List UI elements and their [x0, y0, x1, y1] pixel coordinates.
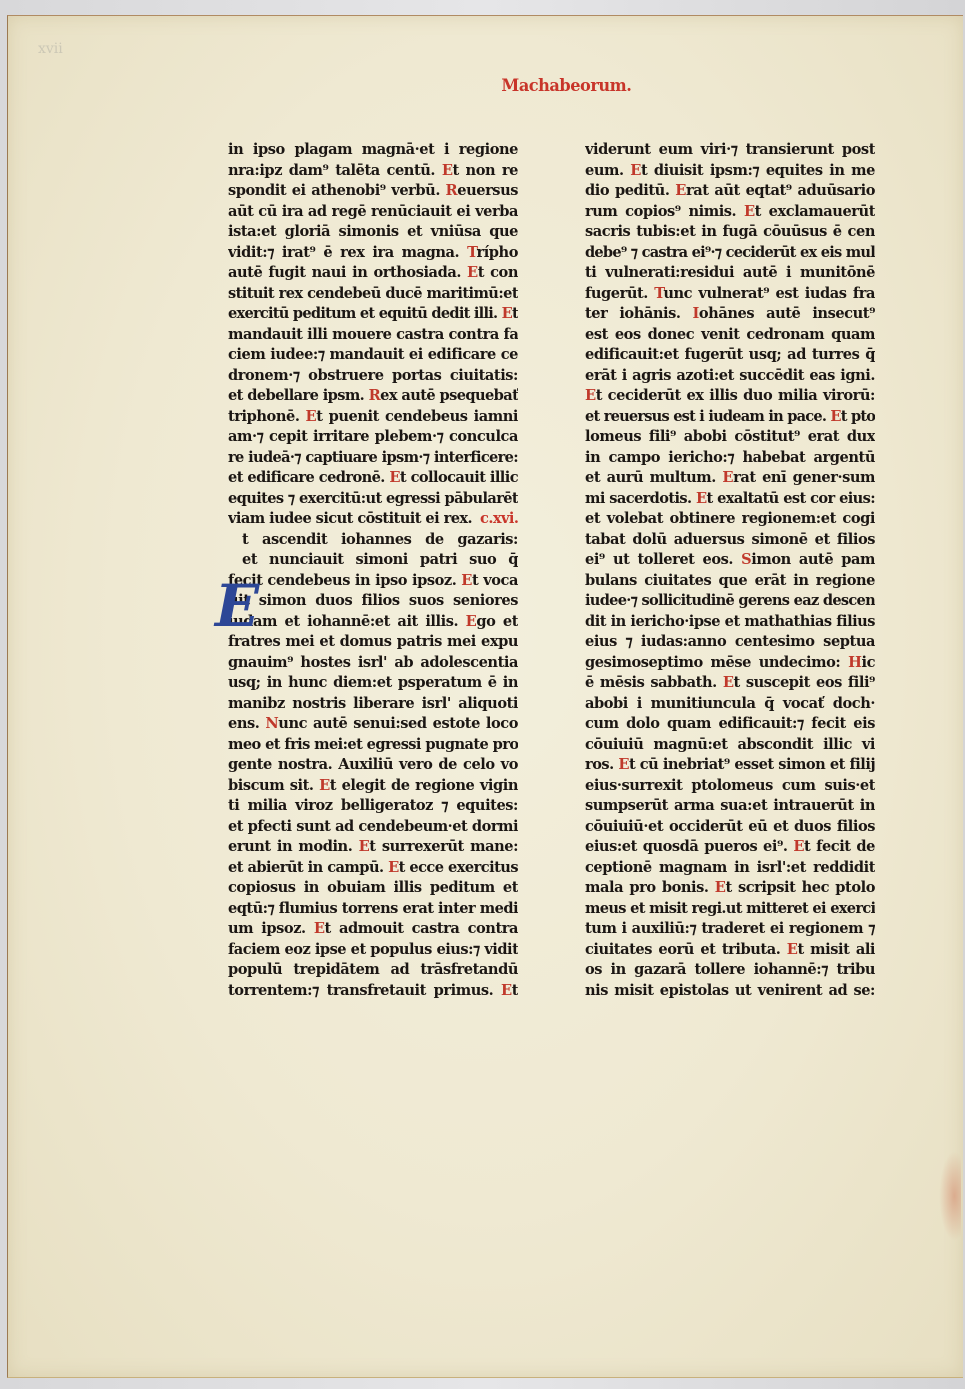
text-line: in campo iericho:⁊ habebat argentū [585, 448, 875, 469]
text-line: sumpserūt arma sua:et intrauerūt in [585, 796, 875, 817]
text-line: et volebat obtinere regionem:et cogi [585, 509, 875, 530]
text-line: meus et misit regi.ut mitteret ei exerci [585, 899, 875, 920]
rubricated-capital: E [793, 838, 804, 855]
text-line: manibz nostris liberare isrl' aliquoti [228, 694, 518, 715]
rubricated-capital: E [502, 305, 512, 322]
text-line: iudee·⁊ sollicitudinē gerens eaz descen [585, 591, 875, 612]
text-line: am·⁊ cepit irritare plebem·⁊ conculca [228, 427, 518, 448]
text-line: edificauit:et fugerūt usq; ad turres q̄ [585, 345, 875, 366]
text-line: aūt cū ira ad regē renūciauit ei verba [228, 202, 518, 223]
text-line: dit in iericho·ipse et mathathias filius [585, 612, 875, 633]
text-line: viderunt eum viri·⁊ transierunt post [585, 140, 875, 161]
text-line: dio peditū. Erat aūt eqtat⁹ aduūsario [585, 181, 875, 202]
text-line: t ascendit iohannes de gazaris: [228, 530, 518, 551]
text-line: ciem iudee:⁊ mandauit ei edificare ce [228, 345, 518, 366]
text-line: cum dolo quam edificauit:⁊ fecit eis [585, 714, 875, 735]
text-line: iudam et iohannē:et ait illis. Ego et [228, 612, 518, 633]
text-line: os in gazarā tollere iohannē:⁊ tribu [585, 960, 875, 981]
text-line: mala pro bonis. Et scripsit hec ptolo [585, 878, 875, 899]
text-line: ceptionē magnam in isrl':et reddidit [585, 858, 875, 879]
text-line: et debellare ipsm. Rex autē psequebať [228, 386, 518, 407]
rubricated-capital: E [722, 469, 733, 486]
text-line: populū trepidātem ad trāsfretandū [228, 960, 518, 981]
text-line: gesimoseptimo mēse undecimo: Hic [585, 653, 875, 674]
rubricated-capital: E [319, 777, 330, 794]
text-line: rum copios⁹ nimis. Et exclamauerūt [585, 202, 875, 223]
rubricated-capital: H [848, 654, 861, 671]
text-line: ē mēsis sabbath. Et suscepit eos fili⁹ [585, 673, 875, 694]
text-line: abobi i munitiuncula q̄ vocať doch· [585, 694, 875, 715]
text-line: exercitū peditum et equitū dedit illi. E… [228, 304, 518, 325]
rubricated-capital: E [466, 613, 477, 630]
text-line: vidit:⁊ irat⁹ ē rex ira magna. Trípho [228, 243, 518, 264]
text-line: equites ⁊ exercitū:ut egressi pābularēt [228, 489, 518, 510]
text-line: in ipso plagam magnā·et i regione [228, 140, 518, 161]
rubricated-capital: E [359, 838, 370, 855]
text-line: et reuersus est i iudeam in pace. Et pto [585, 407, 875, 428]
rubricated-capital: E [501, 982, 512, 999]
text-line: et aurū multum. Erat enī gener·sum [585, 468, 875, 489]
text-line: stituit rex cendebeū ducē maritimū:et [228, 284, 518, 305]
text-line: est eos donec venit cedronam quam [585, 325, 875, 346]
text-line: usq; in hunc diem:et psperatum ē in [228, 673, 518, 694]
text-line: torrentem:⁊ transfretauit primus. Et [228, 981, 518, 1002]
text-line: et nunciauit simoni patri suo q̄ [228, 550, 518, 571]
rubricated-capital: E [306, 408, 317, 425]
text-line: gente nostra. Auxiliū vero de celo vo [228, 755, 518, 776]
text-line: ciuitates eorū et tributa. Et misit ali [585, 940, 875, 961]
rubricated-capital: S [741, 551, 751, 568]
rubricated-capital: T [467, 244, 476, 261]
text-line: nis misit epistolas ut venirent ad se: [585, 981, 875, 1002]
text-line: dronem·⁊ obstruere portas ciuitatis: [228, 366, 518, 387]
rubricated-capital: E [314, 920, 325, 937]
rubricated-capital: E [461, 572, 472, 589]
chapter-number: c.xvi. [480, 510, 518, 527]
rubricated-capital: E [630, 162, 641, 179]
text-line: re iudeā·⁊ captiuare ipsm·⁊ interficere: [228, 448, 518, 469]
text-line: eius:et quosdā pueros ei⁹. Et fecit de [585, 837, 875, 858]
text-line: ista:et gloriā simonis et vniūsa que [228, 222, 518, 243]
rubricated-capital: E [744, 203, 755, 220]
text-line: cōuiuiū magnū:et abscondit illic vi [585, 735, 875, 756]
rubricated-capital: E [696, 490, 707, 507]
text-line: ti milia viroz belligeratoz ⁊ equites: [228, 796, 518, 817]
text-line: ei⁹ ut tolleret eos. Simon autē pam [585, 550, 875, 571]
rubricated-capital: E [467, 264, 478, 281]
text-line: fecit cendebeus in ipso ipsoz. Et voca [228, 571, 518, 592]
left-column: in ipso plagam magnā·et i regionenra:ipz… [228, 140, 518, 1001]
text-line: mi sacerdotis. Et exaltatū est cor eius: [585, 489, 875, 510]
rubricated-capital: E [388, 859, 399, 876]
text-line: gnauim⁹ hostes isrl' ab adolescentia [228, 653, 518, 674]
right-column: viderunt eum viri·⁊ transierunt posteum.… [585, 140, 875, 1001]
text-line: et pfecti sunt ad cendebeum·et dormi [228, 817, 518, 838]
rubricated-capital: T [654, 285, 663, 302]
text-line: Et ceciderūt ex illis duo milia virorū: [585, 386, 875, 407]
text-line: copiosus in obuiam illis peditum et [228, 878, 518, 899]
text-line: eius·surrexit ptolomeus cum suis·et [585, 776, 875, 797]
text-line: spondit ei athenobi⁹ verbū. Reuersus [228, 181, 518, 202]
text-line: ens. Nunc autē senui:sed estote loco [228, 714, 518, 735]
text-line: biscum sit. Et elegit de regione vigin [228, 776, 518, 797]
rubricated-capital: E [723, 674, 734, 691]
text-line-content: viam iudee sicut cōstituit ei rex. [228, 510, 472, 527]
text-line: erunt in modin. Et surrexerūt mane: [228, 837, 518, 858]
rubricated-capital: I [693, 305, 699, 322]
text-line: viam iudee sicut cōstituit ei rex.c.xvi. [228, 509, 518, 530]
text-line: eius ⁊ iudas:anno centesimo septua [585, 632, 875, 653]
rubricated-capital: E [442, 162, 453, 179]
text-line: et abierūt in campū. Et ecce exercitus [228, 858, 518, 879]
rubricated-capital: E [389, 469, 400, 486]
running-head: Machabeorum. [501, 76, 631, 96]
text-line: um ipsoz. Et admouit castra contra [228, 919, 518, 940]
text-line: eum. Et diuisit ipsm:⁊ equites in me [585, 161, 875, 182]
text-line: uit simon duos filios suos seniores [228, 591, 518, 612]
text-line: bulans ciuitates que erāt in regione [585, 571, 875, 592]
text-line: ros. Et cū inebriat⁹ esset simon et fili… [585, 755, 875, 776]
rubricated-capital: E [715, 879, 726, 896]
text-line: lomeus fili⁹ abobi cōstitut⁹ erat dux [585, 427, 875, 448]
text-line: faciem eoz ipse et populus eius:⁊ vidit [228, 940, 518, 961]
text-line: debe⁹ ⁊ castra ei⁹·⁊ ceciderūt ex eis mu… [585, 243, 875, 264]
illuminated-initial-e: E [215, 572, 259, 640]
text-line: et edificare cedronē. Et collocauit illi… [228, 468, 518, 489]
text-line: fratres mei et domus patris mei expu [228, 632, 518, 653]
text-line: tum i auxiliū:⁊ traderet ei regionem ⁊ [585, 919, 875, 940]
text-line: triphonē. Et puenit cendebeus iamni [228, 407, 518, 428]
text-line: sacris tubis:et in fugā cōuūsus ē cen [585, 222, 875, 243]
faint-folio-mark: xvii [38, 41, 63, 57]
text-line: tabat dolū aduersus simonē et filios [585, 530, 875, 551]
rubricated-capital: E [585, 387, 596, 404]
text-line: nra:ipz dam⁹ talēta centū. Et non re [228, 161, 518, 182]
rubricated-capital: E [675, 182, 686, 199]
text-line: ti vulnerati:residui autē i munitōnē [585, 263, 875, 284]
drop-initial: E [215, 577, 251, 635]
text-line: autē fugit naui in orthosiada. Et con [228, 263, 518, 284]
rubricated-capital: N [265, 715, 278, 732]
text-line: erāt i agris azoti:et succēdit eas igni. [585, 366, 875, 387]
text-line: eqtū:⁊ flumius torrens erat inter medi [228, 899, 518, 920]
text-line: cōuiuiū·et occiderūt eū et duos filios [585, 817, 875, 838]
text-line: meo et fris mei:et egressi pugnate pro [228, 735, 518, 756]
rubricated-capital: R [369, 387, 381, 404]
text-line: ter iohānis. Iohānes autē insecut⁹ [585, 304, 875, 325]
text-line: mandauit illi mouere castra contra fa [228, 325, 518, 346]
red-stain [939, 1151, 961, 1241]
text-line: fugerūt. Tunc vulnerat⁹ est iudas fra [585, 284, 875, 305]
rubricated-capital: E [830, 408, 840, 425]
rubricated-capital: E [618, 756, 629, 773]
rubricated-capital: R [446, 182, 458, 199]
rubricated-capital: E [787, 941, 798, 958]
